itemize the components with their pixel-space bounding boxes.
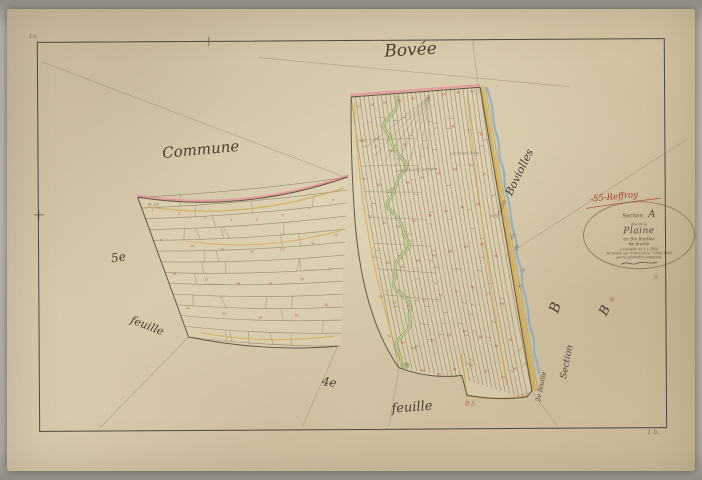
svg-text:16: 16 bbox=[172, 272, 176, 276]
svg-text:2: 2 bbox=[178, 212, 180, 216]
svg-text:10: 10 bbox=[190, 244, 194, 248]
svg-text:66: 66 bbox=[448, 249, 452, 253]
svg-text:73: 73 bbox=[422, 299, 426, 303]
svg-text:34: 34 bbox=[456, 90, 460, 94]
svg-text:45: 45 bbox=[391, 187, 395, 191]
svg-text:71: 71 bbox=[392, 301, 396, 305]
cartouche-section-label: Section bbox=[622, 213, 643, 219]
svg-text:1: 1 bbox=[152, 208, 154, 212]
left-sheet-number: 5e bbox=[110, 249, 127, 265]
svg-text:94: 94 bbox=[501, 375, 505, 379]
svg-text:74: 74 bbox=[438, 293, 442, 297]
svg-text:84: 84 bbox=[463, 329, 467, 333]
svg-text:83: 83 bbox=[447, 333, 451, 337]
svg-text:95: 95 bbox=[513, 367, 517, 371]
svg-text:75: 75 bbox=[454, 289, 458, 293]
svg-text:25: 25 bbox=[294, 313, 298, 317]
lieu-dit-label: Les basses Prées bbox=[449, 151, 479, 155]
svg-text:13: 13 bbox=[280, 247, 284, 251]
plate-reference: D 5. bbox=[465, 401, 476, 407]
cartouche-place-name: Plaine bbox=[623, 226, 654, 237]
svg-text:14: 14 bbox=[310, 241, 314, 245]
svg-text:6: 6 bbox=[282, 213, 284, 217]
svg-text:31: 31 bbox=[411, 97, 415, 101]
svg-text:86: 86 bbox=[495, 344, 499, 348]
svg-text:27: 27 bbox=[357, 105, 361, 109]
svg-text:65: 65 bbox=[432, 253, 436, 257]
commune-name-top: Bovée bbox=[384, 39, 438, 62]
svg-text:35: 35 bbox=[470, 89, 474, 93]
map-sheet: 1234567891011121314151617181920212223242… bbox=[0, 0, 702, 480]
svg-text:21: 21 bbox=[328, 267, 332, 271]
svg-text:9: 9 bbox=[160, 238, 162, 242]
svg-text:5: 5 bbox=[256, 218, 258, 222]
cartouche-section-letter: A bbox=[648, 209, 655, 220]
svg-text:11: 11 bbox=[220, 248, 224, 252]
svg-text:82: 82 bbox=[431, 338, 435, 342]
svg-text:18: 18 bbox=[236, 282, 240, 286]
svg-text:59: 59 bbox=[476, 202, 480, 206]
svg-text:80: 80 bbox=[401, 341, 405, 345]
svg-text:12: 12 bbox=[250, 250, 254, 254]
svg-text:37: 37 bbox=[374, 145, 378, 149]
svg-text:87: 87 bbox=[509, 338, 513, 342]
svg-text:41: 41 bbox=[467, 128, 471, 132]
svg-text:40: 40 bbox=[451, 124, 455, 128]
bottom-sheet-word: feuille bbox=[391, 399, 433, 417]
svg-text:85: 85 bbox=[479, 335, 483, 339]
svg-text:39: 39 bbox=[402, 143, 406, 147]
svg-text:22: 22 bbox=[186, 306, 190, 310]
frame-ticks bbox=[33, 37, 210, 220]
svg-text:30: 30 bbox=[397, 99, 401, 103]
svg-text:69: 69 bbox=[494, 254, 498, 258]
svg-text:56: 56 bbox=[428, 214, 432, 218]
svg-text:70: 70 bbox=[378, 295, 382, 299]
svg-text:4: 4 bbox=[230, 218, 232, 222]
svg-text:93: 93 bbox=[485, 369, 489, 373]
svg-text:19: 19 bbox=[268, 281, 272, 285]
corner-mark-bottom-right: 1 b. bbox=[647, 428, 659, 436]
svg-text:50: 50 bbox=[469, 163, 473, 167]
svg-text:7: 7 bbox=[308, 207, 310, 211]
svg-text:26: 26 bbox=[324, 303, 328, 307]
svg-text:57: 57 bbox=[444, 209, 448, 213]
svg-text:90: 90 bbox=[437, 372, 441, 376]
svg-text:89: 89 bbox=[421, 369, 425, 373]
svg-text:24: 24 bbox=[258, 316, 262, 320]
svg-text:36: 36 bbox=[360, 139, 364, 143]
svg-text:15: 15 bbox=[334, 233, 338, 237]
svg-text:91: 91 bbox=[453, 367, 457, 371]
svg-text:48: 48 bbox=[437, 171, 441, 175]
svg-text:49: 49 bbox=[453, 167, 457, 171]
svg-text:23: 23 bbox=[222, 312, 226, 316]
svg-text:55: 55 bbox=[412, 219, 416, 223]
svg-text:78: 78 bbox=[500, 302, 504, 306]
svg-text:77: 77 bbox=[486, 292, 490, 296]
svg-text:28: 28 bbox=[370, 103, 374, 107]
svg-text:88: 88 bbox=[405, 363, 409, 367]
signature-squiggle bbox=[619, 259, 659, 267]
svg-text:17: 17 bbox=[204, 278, 208, 282]
svg-text:76: 76 bbox=[470, 285, 474, 289]
svg-text:68: 68 bbox=[480, 242, 484, 246]
svg-text:63: 63 bbox=[400, 265, 404, 269]
svg-text:38: 38 bbox=[388, 149, 392, 153]
svg-text:53: 53 bbox=[382, 221, 386, 225]
svg-text:44: 44 bbox=[377, 183, 381, 187]
title-cartouche: Section A dite de la Plaine en Six feuil… bbox=[583, 201, 695, 270]
svg-text:43: 43 bbox=[363, 177, 367, 181]
svg-text:29: 29 bbox=[383, 101, 387, 105]
west-block-fill bbox=[138, 177, 349, 349]
svg-text:47: 47 bbox=[421, 176, 425, 180]
bottom-sheet-number: 4e bbox=[321, 374, 337, 390]
svg-text:32: 32 bbox=[426, 95, 430, 99]
svg-text:8: 8 bbox=[332, 198, 334, 202]
svg-text:33: 33 bbox=[441, 92, 445, 96]
svg-text:64: 64 bbox=[416, 259, 420, 263]
svg-text:62: 62 bbox=[386, 261, 390, 265]
svg-text:51: 51 bbox=[483, 172, 487, 176]
svg-text:61: 61 bbox=[372, 255, 376, 259]
svg-text:92: 92 bbox=[469, 363, 473, 367]
svg-text:67: 67 bbox=[464, 245, 468, 249]
svg-text:3: 3 bbox=[204, 216, 206, 220]
svg-text:46: 46 bbox=[406, 181, 410, 185]
svg-text:54: 54 bbox=[396, 225, 400, 229]
svg-text:52: 52 bbox=[368, 215, 372, 219]
svg-text:20: 20 bbox=[300, 277, 304, 281]
corner-mark-top-left: 1o. bbox=[29, 33, 38, 40]
svg-text:72: 72 bbox=[406, 305, 410, 309]
svg-text:79: 79 bbox=[387, 335, 391, 339]
svg-text:58: 58 bbox=[460, 205, 464, 209]
lieu-dit-label: N 10 bbox=[148, 203, 159, 208]
svg-text:42: 42 bbox=[479, 132, 483, 136]
svg-text:81: 81 bbox=[415, 345, 419, 349]
